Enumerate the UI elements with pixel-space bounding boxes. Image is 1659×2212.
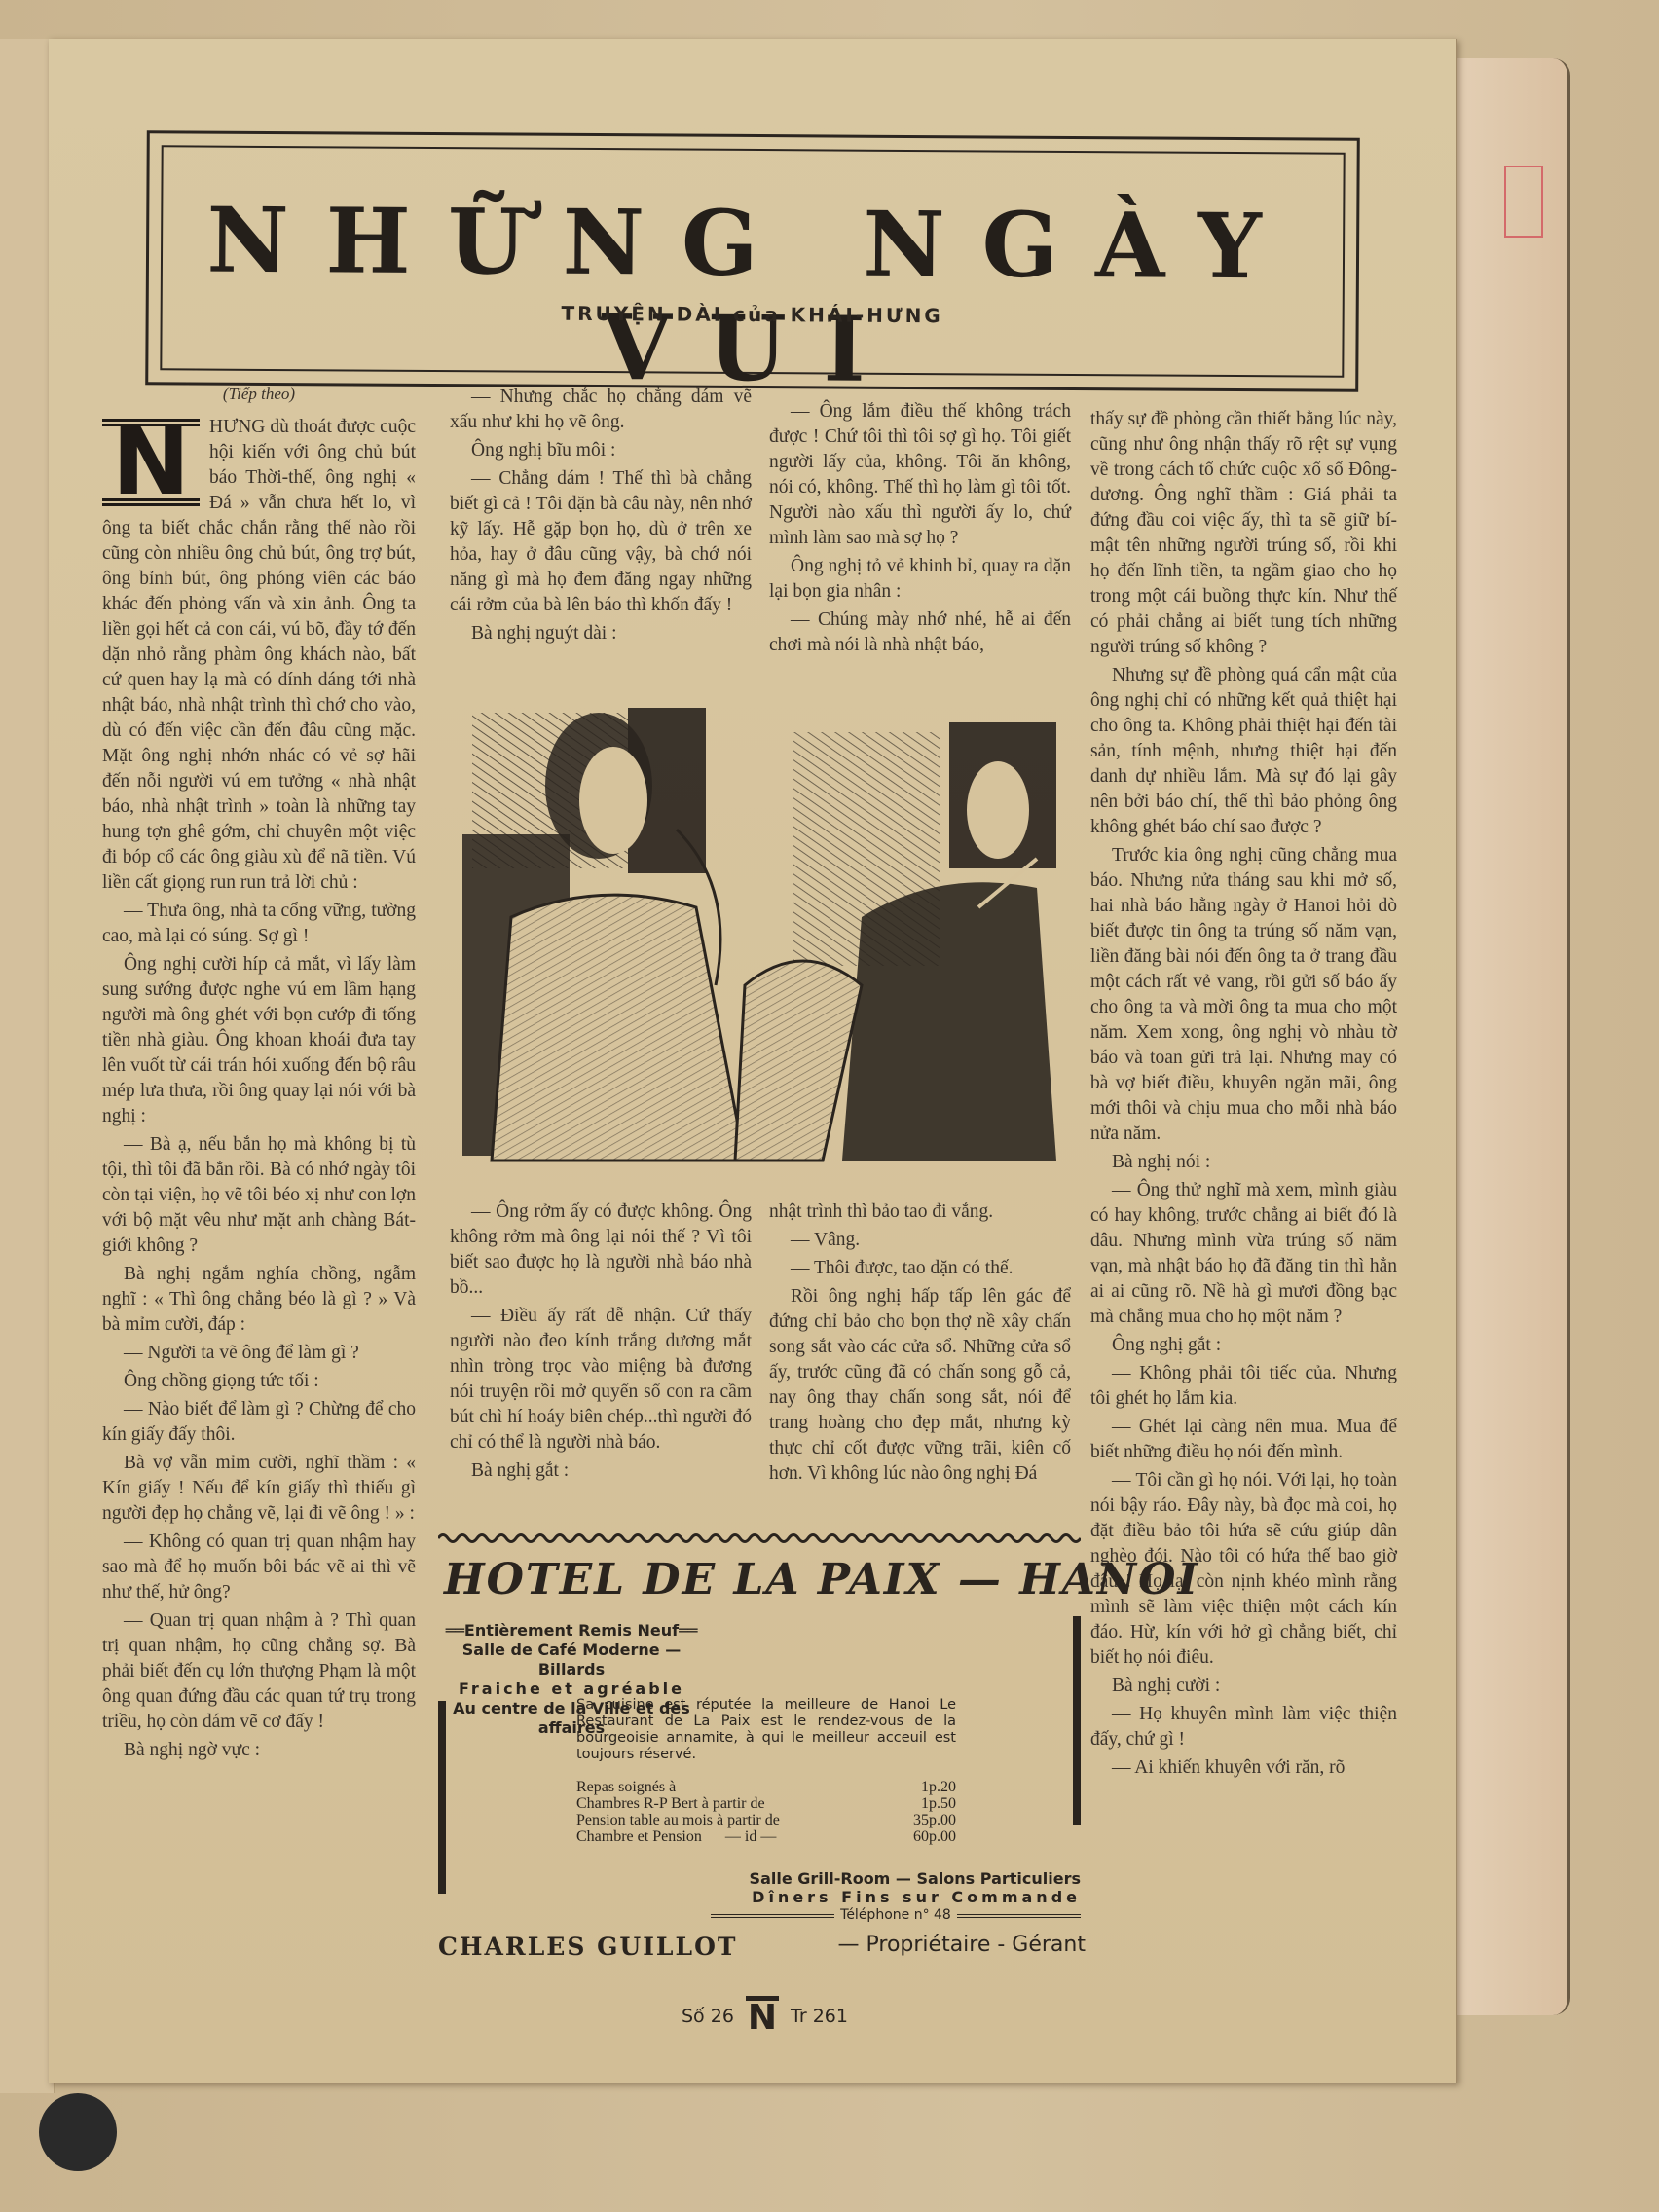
page-number: Tr 261 — [791, 2006, 848, 2027]
paragraph: — Chúng mày nhớ nhé, hễ ai đến chơi mà n… — [769, 608, 1071, 658]
paragraph: — Thôi được, tao dặn có thế. — [769, 1256, 1071, 1281]
price-item: Chambres R-P Bert à partir de — [576, 1795, 765, 1812]
paragraph: Nhưng sự đề phòng quá cẩn mật của ông ng… — [1090, 663, 1397, 840]
paragraph: Bà vợ vẫn mỉm cười, nghĩ thầm : « Kín gi… — [102, 1451, 416, 1527]
paragraph: — Thưa ông, nhà ta cổng vững, tường cao,… — [102, 899, 416, 949]
woodcut-illustration — [453, 693, 1066, 1170]
paragraph: — Không có quan trị quan nhậm hay sao mà… — [102, 1530, 416, 1605]
paragraph: Rồi ông nghị hấp tấp lên gác để đứng chỉ… — [769, 1284, 1071, 1487]
paragraph: — Bà ạ, nếu bắn họ mà không bị tù tội, t… — [102, 1132, 416, 1259]
paragraph: Bà nghị nói : — [1090, 1150, 1397, 1175]
paragraph: Ông nghị tỏ vẻ khinh bỉ, quay ra dặn lại… — [769, 554, 1071, 605]
ad-right-bar — [1073, 1616, 1081, 1825]
paragraph: Bà nghị ngắm nghía chồng, ngẫm nghĩ : « … — [102, 1262, 416, 1338]
price-item: Repas soignés à — [576, 1779, 676, 1795]
price-row: Chambre et Pension — id —60p.00 — [576, 1828, 956, 1845]
paragraph: — Ai khiến khuyên với răn, rõ — [1090, 1755, 1397, 1781]
paragraph: — Ông lắm điều thế không trách được ! Ch… — [769, 399, 1071, 551]
paragraph: nhật trình thì bảo tao đi vắng. — [769, 1199, 1071, 1225]
ad-title: HOTEL DE LA PAIX — HANOI — [444, 1555, 1087, 1604]
price-value: 1p.20 — [921, 1779, 956, 1795]
paragraph: Bà nghị gắt : — [450, 1458, 752, 1484]
paragraph: Ông nghị gắt : — [1090, 1333, 1397, 1358]
ngay-nay-logo-icon: N — [746, 1996, 779, 2036]
dropcap-n-icon: N — [102, 419, 200, 506]
price-row: Pension table au mois à partir de35p.00 — [576, 1812, 956, 1828]
ad-owner-role: — Propriétaire - Gérant — [838, 1933, 1086, 1961]
paragraph: Bà nghị nguýt dài : — [450, 621, 752, 646]
title-banner: NHỮNG NGÀY VUI TRUYỆN DÀI của KHÁI-HƯNG — [145, 130, 1360, 392]
article-column-3-bottom: nhật trình thì bảo tao đi vắng. — Vâng. … — [769, 1199, 1071, 1490]
paragraph: Ông chồng giọng tức tối : — [102, 1369, 416, 1394]
paragraph: — Chẳng dám ! Thế thì bà chẳng biết gì c… — [450, 466, 752, 618]
article-column-2-bottom: — Ông rởm ấy có được không. Ông không rở… — [450, 1199, 752, 1487]
paragraph: Bà nghị ngờ vực : — [102, 1738, 416, 1763]
page-footer: Số 26 N Tr 261 — [682, 1996, 848, 2036]
ad-feature: Entièrement Remis Neuf — [440, 1621, 703, 1641]
ad-price-list: Repas soignés à1p.20 Chambres R-P Bert à… — [576, 1779, 956, 1845]
ad-feature: Fraiche et agréable — [440, 1679, 703, 1699]
article-column-2-top: — Nhưng chắc họ chẳng dám vẽ xấu như khi… — [450, 385, 752, 649]
price-value: 1p.50 — [921, 1795, 956, 1812]
paragraph: — Nhưng chắc họ chẳng dám vẽ xấu như khi… — [450, 385, 752, 435]
library-stamp — [1504, 166, 1543, 238]
ad-phone-line: Téléphone n° 48 — [711, 1906, 1081, 1925]
price-value: 35p.00 — [913, 1812, 956, 1828]
price-item: Pension table au mois à partir de — [576, 1812, 780, 1828]
wavy-rule-icon — [438, 1531, 1081, 1545]
paragraph: — Ông thử nghĩ mà xem, mình giàu có hay … — [1090, 1178, 1397, 1330]
paragraph: — Nào biết để làm gì ? Chừng để cho kín … — [102, 1397, 416, 1448]
paragraph: — Ông rởm ấy có được không. Ông không rở… — [450, 1199, 752, 1301]
binding-edge — [0, 39, 55, 2093]
paragraph: — Quan trị quan nhậm à ? Thì quan trị qu… — [102, 1608, 416, 1735]
ad-service: Salle Grill-Room — Salons Particuliers — [711, 1869, 1081, 1888]
article-column-3-top: — Ông lắm điều thế không trách được ! Ch… — [769, 399, 1071, 661]
issue-number: Số 26 — [682, 2006, 734, 2027]
paragraph: — Người ta vẽ ông để làm gì ? — [102, 1341, 416, 1366]
paragraph: — Điều ấy rất dễ nhận. Cứ thấy người nào… — [450, 1304, 752, 1456]
price-value: 60p.00 — [913, 1828, 956, 1845]
ad-phone: Téléphone n° 48 — [840, 1906, 951, 1925]
paragraph: Bà nghị cười : — [1090, 1674, 1397, 1699]
price-row: Chambres R-P Bert à partir de1p.50 — [576, 1795, 956, 1812]
binder-ring — [39, 2093, 117, 2171]
ad-feature: Salle de Café Moderne — Billards — [440, 1641, 703, 1679]
paragraph: — Vâng. — [769, 1228, 1071, 1253]
paragraph: Ông nghị bĩu môi : — [450, 438, 752, 463]
ad-services: Salle Grill-Room — Salons Particuliers D… — [711, 1869, 1081, 1925]
paragraph: — Ghét lại càng nên mua. Mua để biết nhữ… — [1090, 1415, 1397, 1465]
ad-owner-name: CHARLES GUILLOT — [438, 1933, 737, 1961]
paragraph: Trước kia ông nghị cũng chẳng mua báo. N… — [1090, 843, 1397, 1147]
ad-left-bar — [438, 1701, 446, 1894]
article-column-1: (Tiếp theo) N HƯNG dù thoát được cuộc hộ… — [102, 382, 416, 1766]
price-row: Repas soignés à1p.20 — [576, 1779, 956, 1795]
double-rule — [957, 1914, 1081, 1918]
ad-service: Dîners Fins sur Commande — [711, 1888, 1081, 1906]
hotel-advertisement: HOTEL DE LA PAIX — HANOI Entièrement Rem… — [438, 1524, 1090, 1972]
paragraph: — Không phải tôi tiếc của. Nhưng tôi ghé… — [1090, 1361, 1397, 1412]
story-title: NHỮNG NGÀY VUI — [148, 187, 1356, 405]
ad-owner-line: CHARLES GUILLOT — Propriétaire - Gérant — [438, 1933, 1086, 1961]
ad-description: Sa cuisine est réputée la meilleure de H… — [576, 1697, 956, 1763]
paragraph: thấy sự đề phòng cần thiết bằng lúc này,… — [1090, 407, 1397, 660]
paragraph: Ông nghị cười híp cả mắt, vì lấy làm sun… — [102, 952, 416, 1129]
continued-label: (Tiếp theo) — [102, 382, 416, 407]
double-rule — [711, 1914, 834, 1918]
price-item: Chambre et Pension — id — — [576, 1828, 776, 1845]
two-figures-illustration-icon — [453, 693, 1066, 1170]
paragraph: — Họ khuyên mình làm việc thiện đấy, chứ… — [1090, 1702, 1397, 1752]
